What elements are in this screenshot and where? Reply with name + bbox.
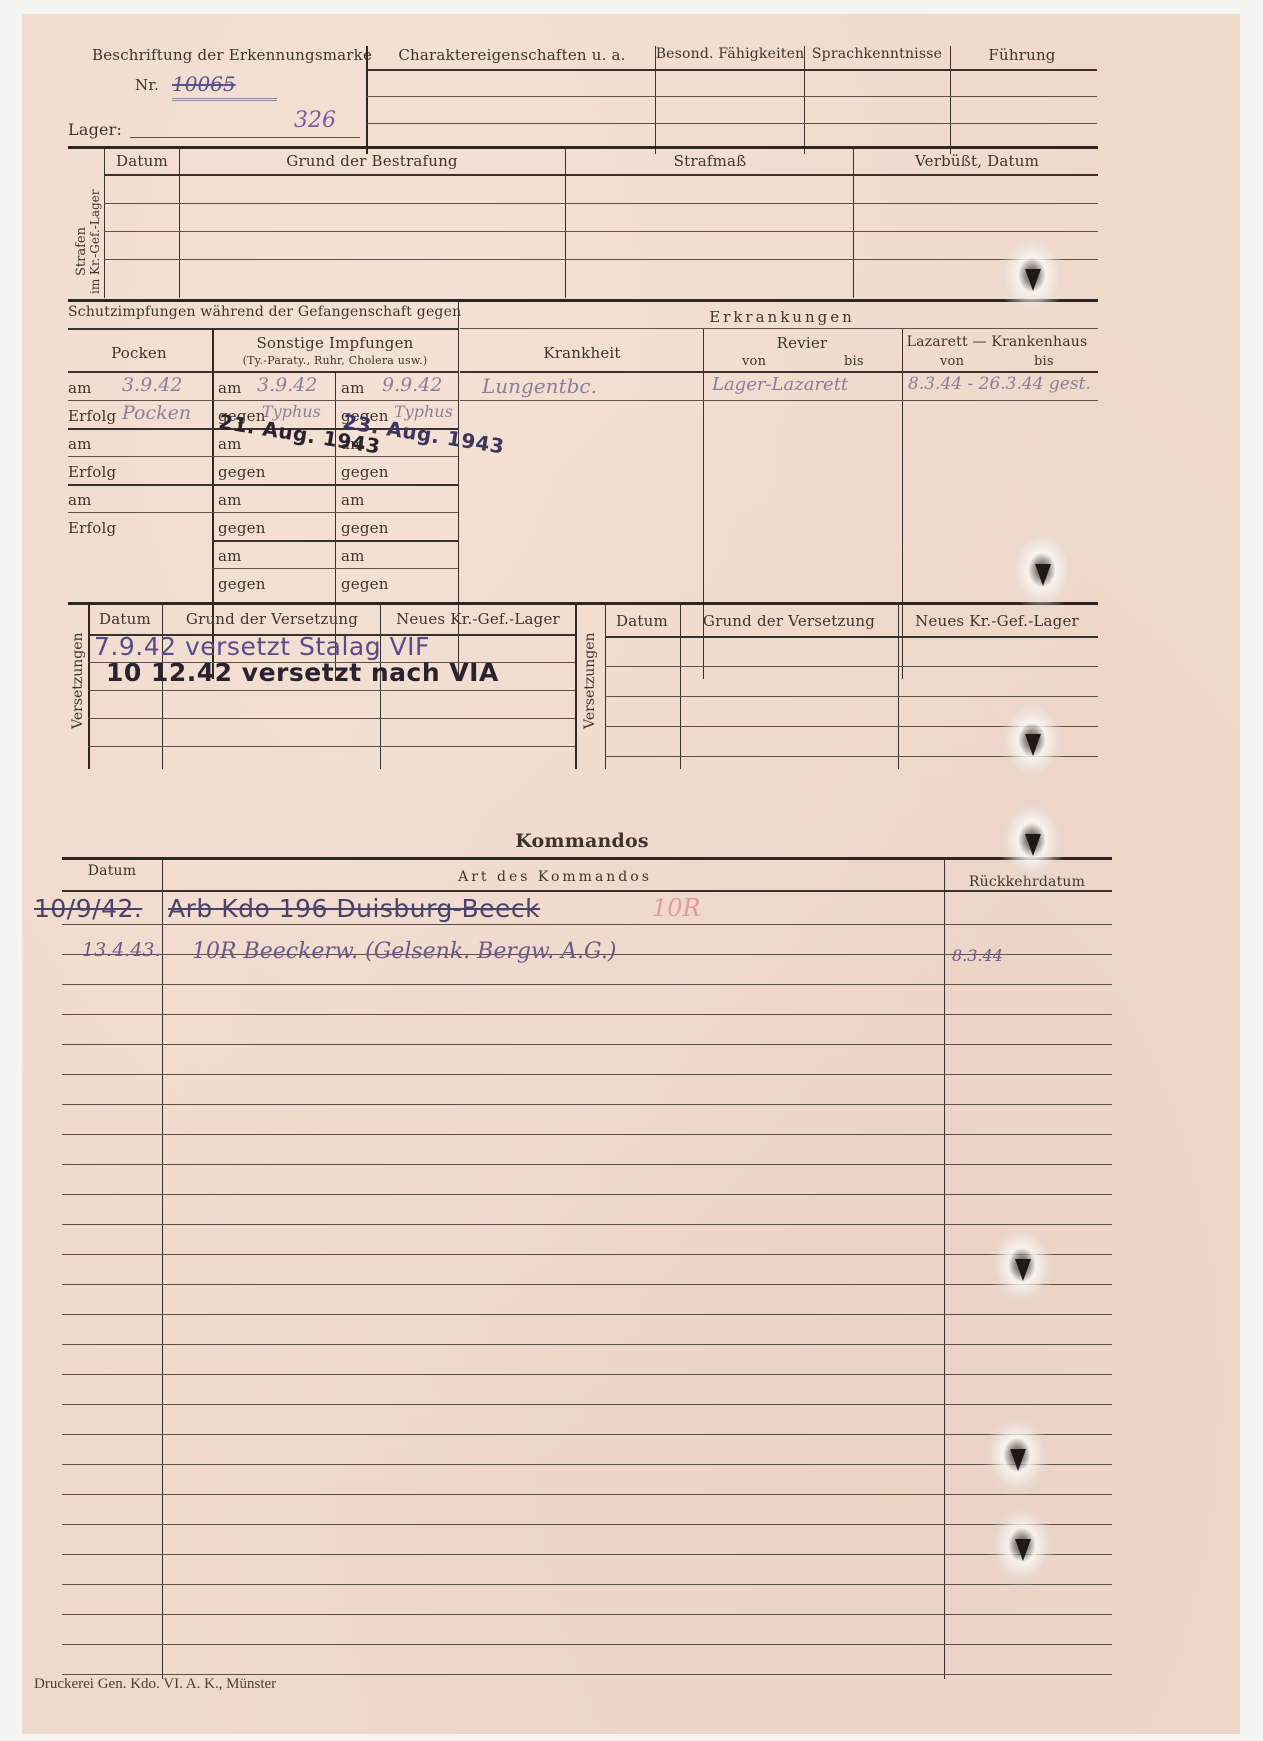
other-a-label-4: am xyxy=(218,491,242,509)
pocken-label-1: Erfolg xyxy=(68,407,116,425)
other-a-label-5: gegen xyxy=(218,519,266,537)
lager-value: 326 xyxy=(294,108,336,133)
transfers-right-side-label: Versetzungen xyxy=(582,632,598,729)
lager-label: Lager: xyxy=(68,120,122,139)
pocken-value-0: 3.9.42 xyxy=(122,374,182,396)
other-a-label-3: gegen xyxy=(218,463,266,481)
tag-label: Beschriftung der Erkennungsmarke xyxy=(92,46,372,64)
illness-col-krankheit: Krankheit xyxy=(543,344,620,362)
paper-hole xyxy=(997,804,1067,884)
strafen-col-strafmass: Strafmaß xyxy=(674,152,747,170)
transfer-stamp-1: 7.9.42 versetzt Stalag VIF xyxy=(94,632,430,661)
transfers-right-col-lager: Neues Kr.-Gef.-Lager xyxy=(915,612,1079,630)
lazarett-bis: bis xyxy=(1034,354,1054,369)
paper-hole xyxy=(982,1419,1052,1499)
kommando-0-note: 10R xyxy=(652,894,701,922)
illness-col-lazarett: Lazarett — Krankenhaus xyxy=(907,334,1088,350)
illness-title: Erkrankungen xyxy=(709,308,855,326)
strafen-side-label: Strafen xyxy=(74,227,89,276)
other-b-label-3: gegen xyxy=(341,463,389,481)
kommandos-col-datum: Datum xyxy=(88,863,137,879)
pocken-label-5: Erfolg xyxy=(68,519,116,537)
illness-col-revier: Revier xyxy=(777,334,828,352)
strafen-col-grund: Grund der Bestrafung xyxy=(286,152,457,170)
pocken-label-2: am xyxy=(68,435,92,453)
pocken-value-1: Pocken xyxy=(122,402,191,424)
vacc-other-subheader: (Ty.-Paraty., Ruhr, Cholera usw.) xyxy=(243,354,428,367)
kommandos-col-art: Art des Kommandos xyxy=(458,869,652,885)
transfers-left-col-lager: Neues Kr.-Gef.-Lager xyxy=(396,610,560,628)
other-b-value-0: 9.9.42 xyxy=(382,374,442,396)
paper-hole xyxy=(997,239,1067,319)
other-a-label-7: gegen xyxy=(218,575,266,593)
vacc-other-header: Sonstige Impfungen xyxy=(256,334,413,352)
kommando-1-rueckkehr: 8.3.44 xyxy=(952,946,1003,965)
revier-bis: bis xyxy=(844,354,864,369)
col-faehigkeiten: Besond. Fähigkeiten xyxy=(656,46,805,62)
strafen-col-verbuesst: Verbüßt, Datum xyxy=(915,152,1039,170)
nr-label: Nr. xyxy=(135,76,159,94)
transfer-stamp-2: 10 12.42 versetzt nach VIA xyxy=(106,658,499,687)
kommando-1-art: 10R Beeckerw. (Gelsenk. Bergw. A.G.) xyxy=(192,939,616,964)
revier-von: von xyxy=(742,354,766,369)
transfers-left-col-datum: Datum xyxy=(99,610,151,628)
kommandos-title: Kommandos xyxy=(515,830,649,852)
transfers-right-col-datum: Datum xyxy=(616,612,668,630)
strafen-side-label-2: im Kr.-Gef.-Lager xyxy=(88,190,102,295)
kommando-0-art: Arb Kdo 196 Duisburg-Beeck xyxy=(168,894,540,923)
kommando-0-datum: 10/9/42. xyxy=(34,894,142,923)
other-b-label-0: am xyxy=(341,379,365,397)
col-charakter: Charaktereigenschaften u. a. xyxy=(398,46,625,64)
kommando-1-datum: 13.4.43. xyxy=(82,939,161,961)
transfers-left-side-label: Versetzungen xyxy=(70,632,86,729)
illness-krankheit-0: Lungentbc. xyxy=(482,374,597,398)
nr-strike xyxy=(172,98,277,101)
pocken-label-0: am xyxy=(68,379,92,397)
paper-hole xyxy=(997,704,1067,784)
other-a-label-2: am xyxy=(218,435,242,453)
pocken-label-3: Erfolg xyxy=(68,463,116,481)
illness-lazarett-0: 8.3.44 - 26.3.44 gest. xyxy=(908,374,1091,394)
other-a-label-6: am xyxy=(218,547,242,565)
illness-revier-0: Lager-Lazarett xyxy=(712,374,848,395)
paper-hole xyxy=(987,1229,1057,1309)
record-card: Beschriftung der Erkennungsmarke Nr. 100… xyxy=(22,14,1240,1734)
vacc-pocken-header: Pocken xyxy=(111,344,167,362)
printer-imprint: Druckerei Gen. Kdo. VI. A. K., Münster xyxy=(34,1676,276,1693)
transfers-right-col-grund: Grund der Versetzung xyxy=(703,612,875,630)
other-b-label-6: am xyxy=(341,547,365,565)
other-a-value-0: 3.9.42 xyxy=(257,374,317,396)
other-a-label-0: am xyxy=(218,379,242,397)
other-b-label-5: gegen xyxy=(341,519,389,537)
paper-hole xyxy=(1007,534,1077,614)
strafen-col-datum: Datum xyxy=(116,152,168,170)
paper-hole xyxy=(987,1509,1057,1589)
other-b-label-7: gegen xyxy=(341,575,389,593)
col-sprachen: Sprachkenntnisse xyxy=(812,46,942,62)
nr-value: 10065 xyxy=(172,72,236,96)
lager-line xyxy=(130,137,360,138)
transfers-left-col-grund: Grund der Versetzung xyxy=(186,610,358,628)
lazarett-von: von xyxy=(940,354,964,369)
pocken-label-4: am xyxy=(68,491,92,509)
vacc-title: Schutzimpfungen während der Gefangenscha… xyxy=(68,304,461,320)
other-b-label-4: am xyxy=(341,491,365,509)
col-fuehrung: Führung xyxy=(988,46,1055,64)
